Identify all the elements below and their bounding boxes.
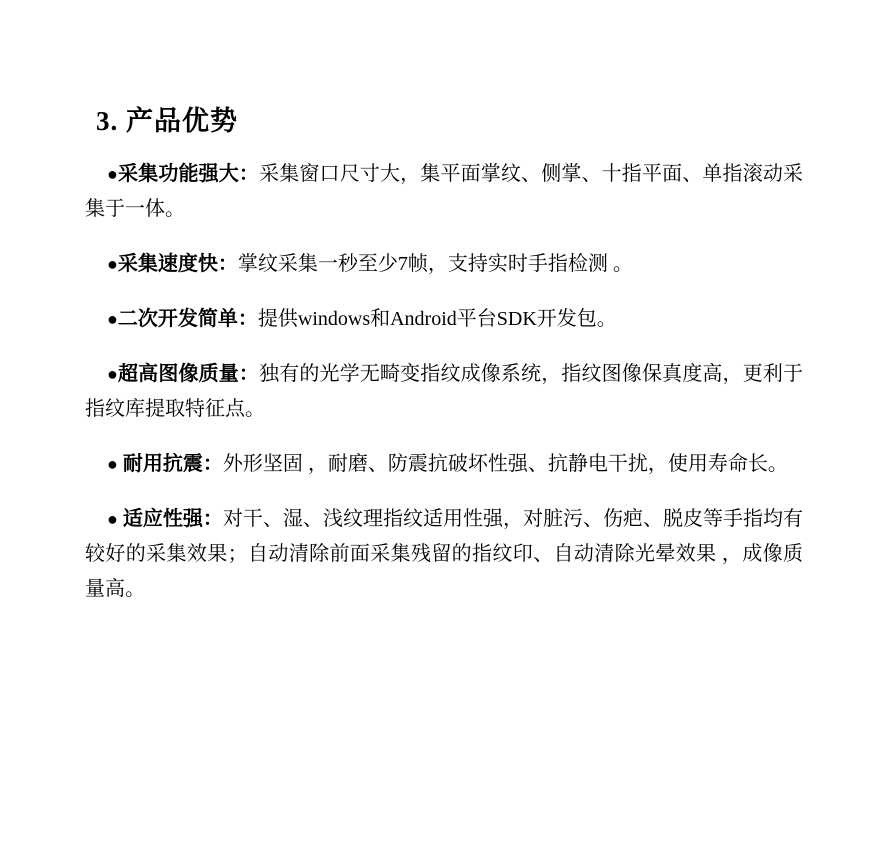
bullet-icon: ●: [107, 454, 123, 474]
bullet-icon: ●: [107, 254, 118, 274]
bullet-paragraph-durability: ● 耐用抗震：外形坚固 ，耐磨、防震抗破坏性强、抗静电干扰，使用寿命长。: [85, 447, 803, 482]
bullet-paragraph-adaptability: ● 适应性强：对干、湿、浅纹理指纹适用性强，对脏污、伤疤、脱皮等手指均有较好的采…: [85, 502, 803, 607]
bullet-paragraph-capture-function: ●采集功能强大：采集窗口尺寸大，集平面掌纹、侧掌、十指平面、单指滚动采集于一体。: [85, 157, 803, 227]
bullet-body: 掌纹采集一秒至少7帧，支持实时手指检测 。: [238, 253, 633, 275]
page-title: 3. 产品优势: [96, 103, 803, 139]
bullet-lead: 适应性强：: [123, 508, 223, 530]
bullet-paragraph-sdk-development: ●二次开发简单：提供windows和Android平台SDK开发包。: [85, 302, 803, 337]
bullet-icon: ●: [107, 309, 118, 329]
bullet-lead: 采集速度快：: [118, 253, 238, 275]
bullet-lead: 超高图像质量：: [118, 363, 259, 385]
bullet-lead: 二次开发简单：: [118, 308, 258, 330]
bullet-icon: ●: [107, 509, 123, 529]
bullet-icon: ●: [107, 364, 118, 384]
bullet-body: 外形坚固 ，耐磨、防震抗破坏性强、抗静电干扰，使用寿命长。: [223, 453, 788, 475]
bullet-lead: 采集功能强大：: [118, 163, 259, 185]
bullet-body: 提供windows和Android平台SDK开发包。: [258, 308, 617, 330]
bullet-paragraph-capture-speed: ●采集速度快：掌纹采集一秒至少7帧，支持实时手指检测 。: [85, 247, 803, 282]
bullet-paragraph-image-quality: ●超高图像质量：独有的光学无畸变指纹成像系统，指纹图像保真度高，更利于指纹库提取…: [85, 357, 803, 427]
bullet-icon: ●: [107, 164, 118, 184]
document-page: 3. 产品优势 ●采集功能强大：采集窗口尺寸大，集平面掌纹、侧掌、十指平面、单指…: [0, 0, 888, 851]
bullet-lead: 耐用抗震：: [123, 453, 223, 475]
